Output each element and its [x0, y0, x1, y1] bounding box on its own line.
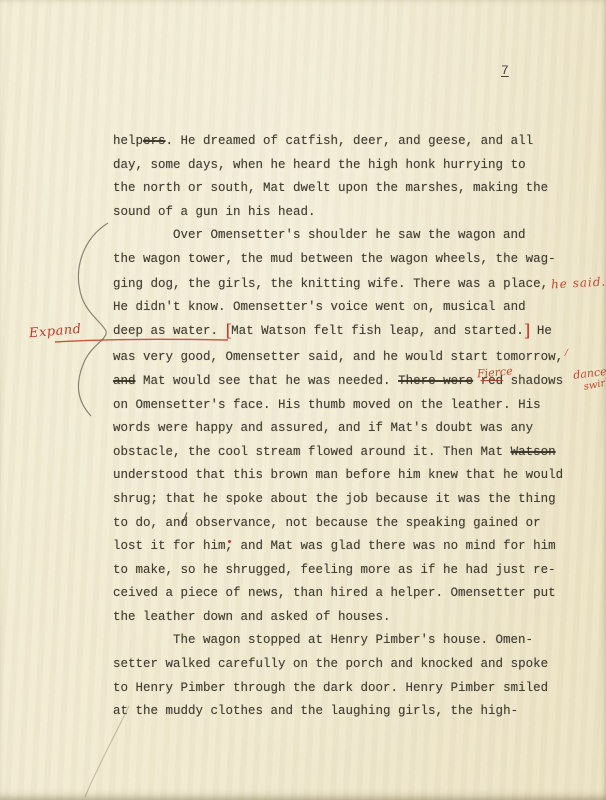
typescript-line: understood that this brown man before hi… — [113, 464, 568, 488]
typed-text: the north or south, Mat dwelt upon the m… — [113, 181, 548, 195]
handwritten-insertion: he said. — [550, 270, 606, 296]
typed-text: shrug; that he spoke about the job becau… — [113, 492, 556, 506]
typescript-line: ging dog, the girls, the knitting wife. … — [113, 272, 568, 297]
typescript-line: and Mat would see that he was needed. Th… — [113, 370, 568, 394]
typed-text: observance, not because the speaking gai… — [188, 516, 541, 530]
typed-text: Over Omensetter's shoulder he saw the wa… — [173, 228, 526, 242]
typescript-line: The wagon stopped at Henry Pimber's hous… — [113, 629, 568, 653]
typescript-line: the north or south, Mat dwelt upon the m… — [113, 177, 568, 201]
typed-text: words were happy and assured, and if Mat… — [113, 421, 533, 435]
typescript-line: deep as water. [Mat Watson felt fish lea… — [113, 320, 568, 344]
typed-text: the wagon tower, the mud between the wag… — [113, 252, 556, 266]
typed-text: The wagon stopped at Henry Pimber's hous… — [173, 633, 533, 647]
typed-text: day, some days, when he heard the high h… — [113, 158, 526, 172]
typescript-line: to make, so he shrugged, feeling more as… — [113, 559, 568, 583]
typescript-line: Over Omensetter's shoulder he saw the wa… — [113, 224, 568, 248]
margin-note: dancedswirled — [573, 364, 606, 393]
typescript-line: ceived a piece of news, than hired a hel… — [113, 582, 568, 606]
typed-text: ceived a piece of news, than hired a hel… — [113, 586, 556, 600]
typescript-line: words were happy and assured, and if Mat… — [113, 417, 568, 441]
typescript-line: helpers. He dreamed of catfish, deer, an… — [113, 130, 568, 154]
typescript-line: at the muddy clothes and the laughing gi… — [113, 700, 568, 724]
typed-text: He — [529, 324, 552, 338]
typed-text: redFierce — [481, 374, 504, 388]
typescript-line: He didn't know. Omensetter's voice went … — [113, 296, 568, 320]
typed-text: to do, an — [113, 516, 181, 530]
typed-text: , — [226, 535, 234, 559]
typed-text: to make, so he shrugged, feeling more as… — [113, 563, 556, 577]
typescript-line: to do, and observance, not because the s… — [113, 512, 568, 536]
typed-text: to Henry Pimber through the dark door. H… — [113, 681, 548, 695]
typed-text: Watson — [511, 445, 556, 459]
typed-text: Mat Watson felt fish leap, and started. — [231, 324, 524, 338]
margin-brace-mark — [78, 223, 108, 416]
typed-text: Mat would see that he was needed. — [136, 374, 399, 388]
typescript-line: the leather down and asked of houses. — [113, 606, 568, 630]
typescript-line: lost it for him, and Mat was glad there … — [113, 535, 568, 559]
typescript-line: sound of a gun in his head. — [113, 201, 568, 225]
typed-text: setter walked carefully on the porch and… — [113, 657, 548, 671]
typed-text: and — [113, 374, 136, 388]
typescript: helpers. He dreamed of catfish, deer, an… — [113, 130, 568, 724]
typed-text: lost it for him — [113, 539, 226, 553]
typed-text: help — [113, 134, 143, 148]
typescript-line: setter walked carefully on the porch and… — [113, 653, 568, 677]
typed-text: understood that this brown man before hi… — [113, 468, 563, 482]
typescript-line: shrug; that he spoke about the job becau… — [113, 488, 568, 512]
typed-text: There were — [398, 374, 473, 388]
typed-text: on Omensetter's face. His thumb moved on… — [113, 398, 541, 412]
typed-text: sound of a gun in his head. — [113, 205, 316, 219]
typescript-line: obstacle, the cool stream flowed around … — [113, 441, 568, 465]
manuscript-page: 7 helpers. He dreamed of catfish, deer, … — [0, 0, 606, 800]
handwritten-insertion-above: Fierce — [476, 359, 514, 386]
typescript-line: day, some days, when he heard the high h… — [113, 154, 568, 178]
typed-text: ging dog, the girls, the knitting wife. … — [113, 277, 548, 291]
page-number: 7 — [501, 63, 509, 78]
typed-text: at the muddy clothes and the laughing gi… — [113, 704, 518, 718]
typescript-line: to Henry Pimber through the dark door. H… — [113, 677, 568, 701]
typed-text: and Mat was glad there was no mind for h… — [233, 539, 556, 553]
expand-annotation: Expand — [28, 322, 82, 342]
typed-text: ers — [143, 134, 166, 148]
typescript-line: on Omensetter's face. His thumb moved on… — [113, 394, 568, 418]
typed-text: ∕ — [563, 348, 570, 360]
typed-text: . He dreamed of catfish, deer, and geese… — [166, 134, 534, 148]
typed-text: the leather down and asked of houses. — [113, 610, 391, 624]
typescript-line: the wagon tower, the mud between the wag… — [113, 248, 568, 272]
typed-text: He didn't know. Omensetter's voice went … — [113, 300, 526, 314]
typed-text: d — [181, 512, 189, 536]
typed-text: deep as water. — [113, 324, 226, 338]
typed-text: obstacle, the cool stream flowed around … — [113, 445, 511, 459]
